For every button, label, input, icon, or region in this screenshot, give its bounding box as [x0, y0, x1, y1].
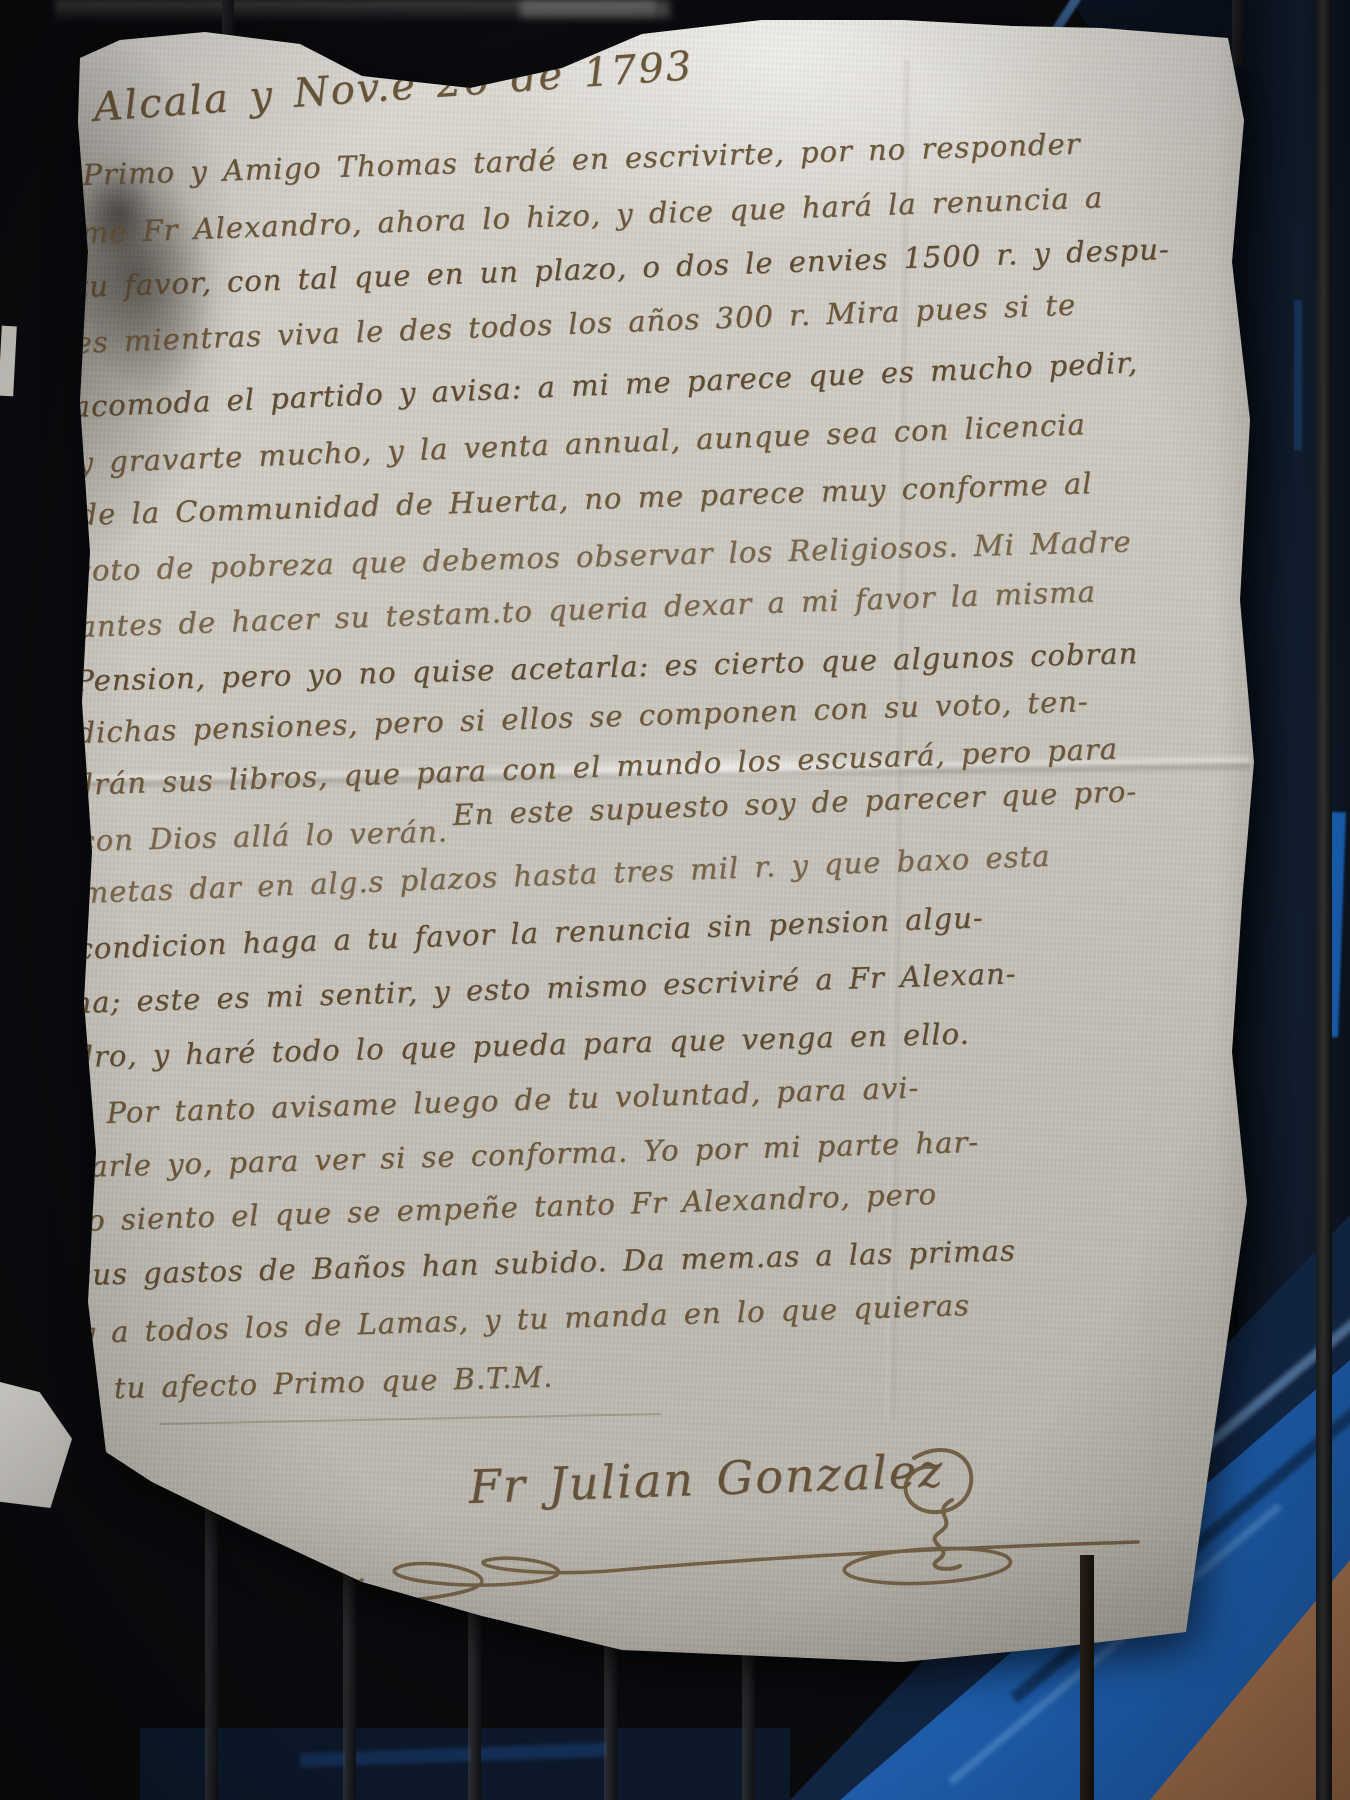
photo-scene: 107 Alcala y Nov.e 26 de 1793 Primo y Am… [0, 0, 1350, 1800]
letter-paper: 107 Alcala y Nov.e 26 de 1793 Primo y Am… [0, 0, 1350, 1800]
grille-bar-right [1316, 0, 1332, 1800]
letter-paper-wrap: 107 Alcala y Nov.e 26 de 1793 Primo y Am… [0, 0, 1350, 1800]
signature-flourish [0, 0, 1350, 1800]
grille-bar-over-crate [1080, 1555, 1094, 1800]
